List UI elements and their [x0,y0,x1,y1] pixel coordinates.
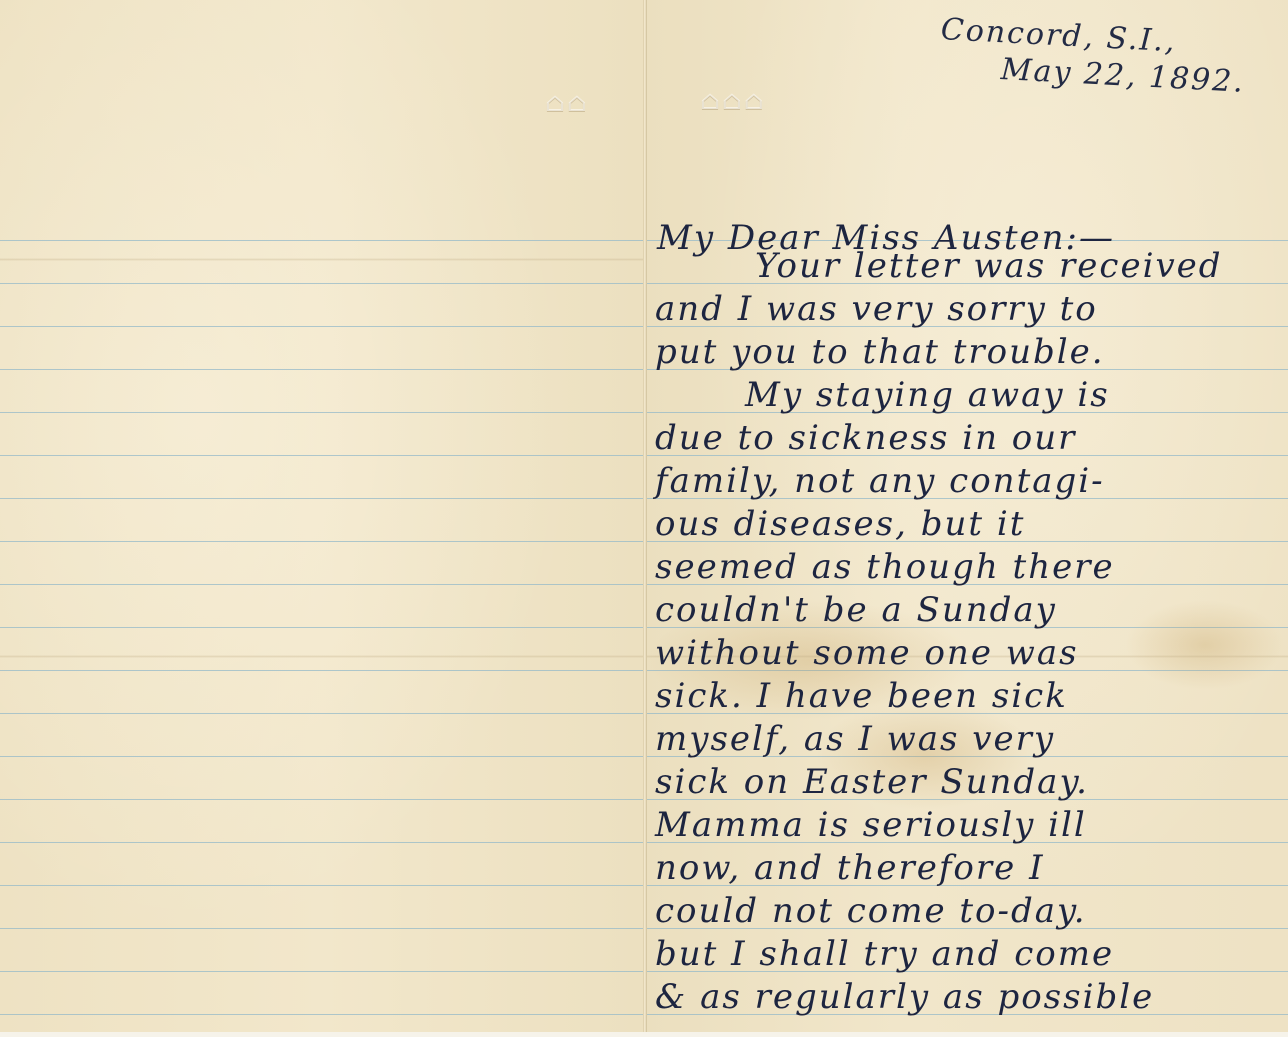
letter-line: family, not any contagi- [655,461,1105,501]
ruled-line [0,369,645,370]
ruled-line [0,455,645,456]
embossed-stationery-mark: ⌂⌂⌂ [700,86,766,116]
ruled-line [0,885,645,886]
ruled-line [0,584,645,585]
page-bottom-edge [0,1032,1288,1037]
ruled-line [0,670,645,671]
ruled-line [0,541,645,542]
letter-line: Mamma is seriously ill [655,805,1087,845]
ruled-line [0,627,645,628]
ruled-line [0,928,645,929]
ruled-line [0,412,645,413]
letter-line: now, and therefore I [655,848,1045,888]
letter-line: due to sickness in our [655,418,1076,458]
ruled-line [0,713,645,714]
letter-line: without some one was [655,633,1079,673]
left-page: ⌂⌂ [0,0,645,1032]
letter-line: sick on Easter Sunday. [655,762,1089,802]
letter-line: could not come to-day. [655,891,1087,931]
letter-line: and I was very sorry to [655,289,1098,329]
letter-line: put you to that trouble. [655,332,1105,372]
horizontal-fold-crease [0,655,645,658]
letter-line: but I shall try and come [655,934,1114,974]
letter-spread: ⌂⌂ ⌂⌂⌂ Concord, S.I., May 22, 1892. My D… [0,0,1288,1037]
ruled-line [0,756,645,757]
ruled-line [0,326,645,327]
horizontal-fold-crease [0,258,645,261]
letter-line: ous diseases, but it [655,504,1025,544]
water-stain [1125,600,1285,690]
letter-line: Your letter was received [755,246,1223,286]
letter-line: myself, as I was very [655,719,1055,759]
letter-line: couldn't be a Sunday [655,590,1057,630]
letter-line: sick. I have been sick [655,676,1068,716]
ruled-line [0,283,645,284]
letter-place: Concord, S.I., [940,12,1177,59]
letter-line: My staying away is [745,375,1110,415]
center-fold [643,0,647,1032]
ruled-line [0,240,645,241]
letter-line: seemed as though there [655,547,1115,587]
ruled-line [0,1014,645,1015]
right-page: ⌂⌂⌂ Concord, S.I., May 22, 1892. My Dear… [645,0,1288,1032]
letter-line: & as regularly as possible [655,977,1154,1017]
letter-date: May 22, 1892. [1000,52,1246,100]
ruled-line [0,842,645,843]
embossed-stationery-mark: ⌂⌂ [545,88,589,118]
ruled-line [0,971,645,972]
ruled-line [0,498,645,499]
ruled-line [0,799,645,800]
